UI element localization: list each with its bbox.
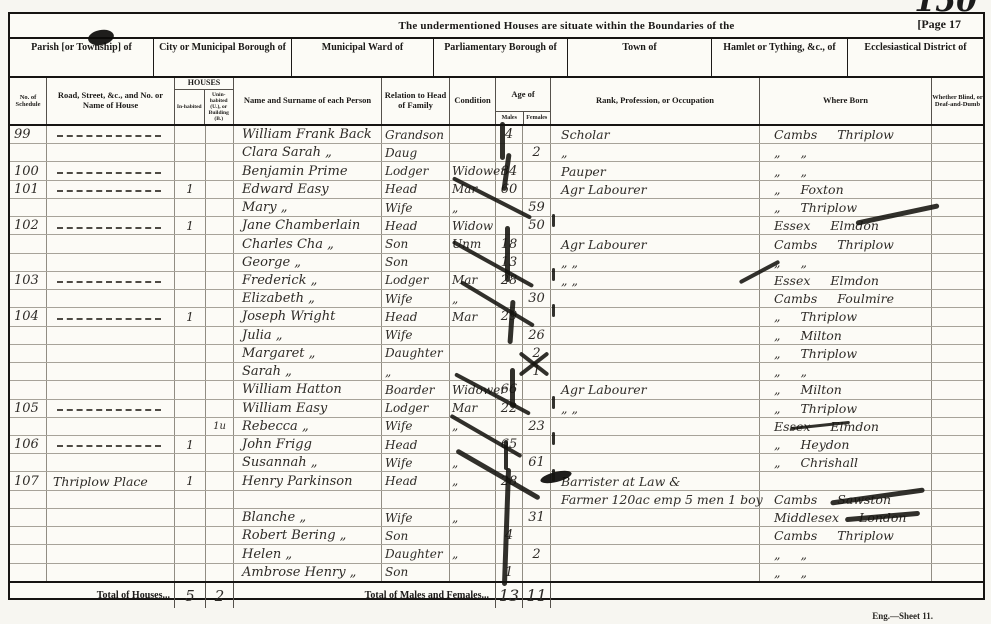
relation-to-head: Wife [382, 290, 450, 307]
inhabited-mark: 1 [175, 308, 206, 325]
schedule-number: 104 [10, 308, 47, 325]
occupation [551, 290, 760, 307]
person-name: Jane Chamberlain [234, 217, 382, 234]
table-row: Sarah „ „ 1 „ „ [10, 363, 983, 381]
header-parish: Parish [or Township] of [10, 39, 154, 76]
occupation [551, 199, 760, 216]
col-age-label: Age of [496, 78, 550, 111]
age-female [523, 381, 551, 398]
road-cell [47, 436, 175, 453]
person-name: Charles Cha „ [234, 235, 382, 252]
total-females: 11 [523, 583, 551, 608]
occupation: „ [551, 144, 760, 161]
infirmity [932, 491, 983, 508]
relation-to-head: „ [382, 363, 450, 380]
uninhabited-mark [206, 381, 234, 398]
person-name: Rebecca „ [234, 418, 382, 435]
person-name: Frederick „ [234, 272, 382, 289]
schedule-number: 100 [10, 162, 47, 179]
schedule-number: 99 [10, 126, 47, 143]
uninhabited-mark [206, 509, 234, 526]
uninhabited-mark [206, 491, 234, 508]
relation-to-head: Lodger [382, 272, 450, 289]
occupation [551, 564, 760, 581]
age-female: 30 [523, 290, 551, 307]
relation-to-head: Head [382, 436, 450, 453]
pen-stroke [504, 440, 508, 470]
inhabited-mark [175, 272, 206, 289]
total-houses-uninhabited: 2 [206, 583, 234, 608]
occupation [551, 545, 760, 562]
col-houses-group: HOUSES In-habited Unin-habited (U.), or … [175, 78, 234, 124]
infirmity [932, 272, 983, 289]
where-born: Cambs Thriplow [760, 527, 932, 544]
road-cell [47, 345, 175, 362]
uninhabited-mark [206, 527, 234, 544]
schedule-number [10, 144, 47, 161]
uninhabited-mark [206, 363, 234, 380]
inhabited-mark: 1 [175, 472, 206, 489]
location-header-row: Parish [or Township] of City or Municipa… [10, 39, 983, 78]
relation-to-head: Son [382, 527, 450, 544]
table-row: Blanche „ Wife „ 31 Middlesex London [10, 509, 983, 527]
where-born: „ Heydon [760, 436, 932, 453]
inhabited-mark [175, 509, 206, 526]
occupation [551, 436, 760, 453]
road-cell [47, 199, 175, 216]
table-row: 101 1 Edward Easy Head Mar 60 Agr Labour… [10, 181, 983, 199]
table-row: Susannah „ Wife „ 61 „ Chrishall [10, 454, 983, 472]
condition: Mar [450, 400, 496, 417]
inhabited-mark [175, 327, 206, 344]
uninhabited-mark [206, 345, 234, 362]
person-name [234, 491, 382, 508]
where-born: „ Milton [760, 327, 932, 344]
road-cell [47, 217, 175, 234]
infirmity [932, 345, 983, 362]
road-cell [47, 327, 175, 344]
condition: Mar [450, 308, 496, 325]
infirmity [932, 144, 983, 161]
total-males: 13 [496, 583, 523, 608]
person-name: Edward Easy [234, 181, 382, 198]
uninhabited-mark [206, 235, 234, 252]
inhabited-mark [175, 254, 206, 271]
infirmity [932, 199, 983, 216]
person-name: Benjamin Prime [234, 162, 382, 179]
condition: Widow [450, 217, 496, 234]
relation-to-head [382, 491, 450, 508]
inhabited-mark [175, 418, 206, 435]
age-male: 60 [496, 181, 523, 198]
relation-to-head: Boarder [382, 381, 450, 398]
road-cell [47, 418, 175, 435]
col-relation: Relation to Head of Family [382, 78, 450, 124]
where-born: „ „ [760, 254, 932, 271]
infirmity [932, 308, 983, 325]
col-occupation: Rank, Profession, or Occupation [551, 78, 760, 124]
where-born: Cambs Thriplow [760, 235, 932, 252]
ditto-dash [57, 190, 161, 192]
where-born: „ Thriplow [760, 400, 932, 417]
occupation [551, 363, 760, 380]
road-cell [47, 381, 175, 398]
road-cell [47, 363, 175, 380]
total-houses-inhabited: 5 [175, 583, 206, 608]
infirmity [932, 126, 983, 143]
age-female [523, 527, 551, 544]
inhabited-mark [175, 527, 206, 544]
uninhabited-mark [206, 144, 234, 161]
where-born: „ „ [760, 162, 932, 179]
where-born: „ „ [760, 144, 932, 161]
condition [450, 527, 496, 544]
relation-to-head: Lodger [382, 400, 450, 417]
infirmity [932, 400, 983, 417]
schedule-number [10, 345, 47, 362]
table-row: Clara Sarah „ Daug 2 „ „ „ [10, 144, 983, 162]
schedule-number [10, 418, 47, 435]
condition: „ [450, 545, 496, 562]
table-row: Julia „ Wife 26 „ Milton [10, 327, 983, 345]
total-houses-label: Total of Houses... [10, 583, 175, 608]
census-rows: 99 William Frank Back Grandson 4 Scholar… [10, 126, 983, 581]
col-road: Road, Street, &c., and No. or Name of Ho… [47, 78, 175, 124]
schedule-number: 101 [10, 181, 47, 198]
occupation: Farmer 120ac emp 5 men 1 boy [551, 491, 760, 508]
uninhabited-mark [206, 400, 234, 417]
age-female [523, 564, 551, 581]
uninhabited-mark [206, 545, 234, 562]
table-row: Ambrose Henry „ Son 1 „ „ [10, 564, 983, 581]
infirmity [932, 290, 983, 307]
inhabited-mark: 1 [175, 436, 206, 453]
age-female [523, 436, 551, 453]
schedule-number [10, 454, 47, 471]
inhabited-mark [175, 381, 206, 398]
condition [450, 126, 496, 143]
col-age-group: Age of Males Females [496, 78, 551, 124]
age-female [523, 181, 551, 198]
inhabited-mark [175, 199, 206, 216]
condition [450, 327, 496, 344]
schedule-number [10, 527, 47, 544]
pen-tick [552, 396, 555, 409]
infirmity [932, 545, 983, 562]
where-born: „ Thriplow [760, 345, 932, 362]
infirmity [932, 472, 983, 489]
occupation [551, 327, 760, 344]
road-cell [47, 272, 175, 289]
infirmity [932, 235, 983, 252]
road-cell [47, 235, 175, 252]
occupation: Scholar [551, 126, 760, 143]
pen-tick [552, 268, 555, 281]
col-schedule: No. of Schedule [10, 78, 47, 124]
where-born: „ Thriplow [760, 308, 932, 325]
age-female [523, 235, 551, 252]
person-name: Ambrose Henry „ [234, 564, 382, 581]
totals-row: Total of Houses... 5 2 Total of Males an… [10, 581, 983, 608]
infirmity [932, 254, 983, 271]
relation-to-head: Lodger [382, 162, 450, 179]
age-male [496, 418, 523, 435]
condition [450, 564, 496, 581]
inhabited-mark [175, 564, 206, 581]
age-female [523, 162, 551, 179]
uninhabited-mark [206, 126, 234, 143]
where-born [760, 472, 932, 489]
table-row: 104 1 Joseph Wright Head Mar 29 „ Thripl… [10, 308, 983, 326]
col-uninhabited: Unin-habited (U.), or Building (B.) [205, 90, 234, 124]
totals-empty-cell [551, 583, 983, 608]
person-name: Clara Sarah „ [234, 144, 382, 161]
table-row: 102 1 Jane Chamberlain Head Widow 50 Ess… [10, 217, 983, 235]
table-row: 105 William Easy Lodger Mar 22 „ „ „ Thr… [10, 400, 983, 418]
schedule-number [10, 254, 47, 271]
page-number-label: [Page 17 [917, 17, 961, 32]
occupation [551, 345, 760, 362]
uninhabited-mark [206, 254, 234, 271]
table-row: 1u Rebecca „ Wife „ 23 Essex Elmdon [10, 418, 983, 436]
road-cell [47, 308, 175, 325]
infirmity [932, 217, 983, 234]
condition [450, 491, 496, 508]
inhabited-mark [175, 126, 206, 143]
person-name: Mary „ [234, 199, 382, 216]
uninhabited-mark [206, 272, 234, 289]
inhabited-mark [175, 454, 206, 471]
person-name: Robert Bering „ [234, 527, 382, 544]
uninhabited-mark [206, 472, 234, 489]
person-name: William Frank Back [234, 126, 382, 143]
person-name: Helen „ [234, 545, 382, 562]
infirmity [932, 181, 983, 198]
relation-to-head: Head [382, 217, 450, 234]
person-name: Susannah „ [234, 454, 382, 471]
col-age-females: Females [524, 112, 551, 124]
condition [450, 144, 496, 161]
where-born: „ Foxton [760, 181, 932, 198]
person-name: William Easy [234, 400, 382, 417]
age-female: 31 [523, 509, 551, 526]
pen-tick [552, 304, 555, 317]
col-houses-label: HOUSES [175, 78, 233, 90]
road-cell [47, 126, 175, 143]
header-town: Town of [568, 39, 712, 76]
relation-to-head: Daug [382, 144, 450, 161]
uninhabited-mark [206, 162, 234, 179]
uninhabited-mark [206, 217, 234, 234]
uninhabited-mark [206, 199, 234, 216]
person-name: John Frigg [234, 436, 382, 453]
occupation: „ „ [551, 254, 760, 271]
schedule-number: 102 [10, 217, 47, 234]
inhabited-mark [175, 400, 206, 417]
inhabited-mark [175, 491, 206, 508]
sheet-label: Eng.—Sheet 11. [872, 611, 933, 621]
schedule-number [10, 363, 47, 380]
road-cell [47, 400, 175, 417]
condition: „ [450, 199, 496, 216]
ditto-dash [57, 172, 161, 174]
person-name: Elizabeth „ [234, 290, 382, 307]
pen-tick [552, 469, 555, 482]
relation-to-head: Grandson [382, 126, 450, 143]
schedule-number [10, 491, 47, 508]
header-hamlet: Hamlet or Tything, &c., of [712, 39, 848, 76]
person-name: Henry Parkinson [234, 472, 382, 489]
infirmity [932, 527, 983, 544]
occupation: Barrister at Law & [551, 472, 760, 489]
road-cell [47, 527, 175, 544]
where-born: „ „ [760, 564, 932, 581]
where-born: Essex Elmdon [760, 272, 932, 289]
col-infirmity: Whether Blind, or Deaf-and-Dumb [932, 78, 983, 124]
infirmity [932, 564, 983, 581]
ditto-dash [57, 318, 161, 320]
condition: „ [450, 509, 496, 526]
road-cell [47, 509, 175, 526]
relation-to-head: Wife [382, 199, 450, 216]
age-female: 2 [523, 144, 551, 161]
inhabited-mark: 1 [175, 217, 206, 234]
ditto-dash [57, 135, 161, 137]
table-row: 106 1 John Frigg Head 65 „ Heydon [10, 436, 983, 454]
table-row: Charles Cha „ Son Unm 18 Agr Labourer Ca… [10, 235, 983, 253]
occupation [551, 454, 760, 471]
occupation [551, 527, 760, 544]
road-name: Thriplow Place [53, 474, 148, 489]
occupation [551, 217, 760, 234]
inhabited-mark [175, 290, 206, 307]
road-cell [47, 181, 175, 198]
boundary-header: The undermentioned Houses are situate wi… [10, 14, 983, 39]
relation-to-head: Son [382, 235, 450, 252]
infirmity [932, 162, 983, 179]
table-row: Margaret „ Daughter 2 „ Thriplow [10, 345, 983, 363]
person-name: Joseph Wright [234, 308, 382, 325]
relation-to-head: Son [382, 564, 450, 581]
relation-to-head: Wife [382, 327, 450, 344]
road-cell [47, 564, 175, 581]
person-name: Blanche „ [234, 509, 382, 526]
uninhabited-mark [206, 290, 234, 307]
schedule-number: 103 [10, 272, 47, 289]
relation-to-head: Daughter [382, 345, 450, 362]
inhabited-mark [175, 144, 206, 161]
age-female: 23 [523, 418, 551, 435]
relation-to-head: Daughter [382, 545, 450, 562]
road-cell [47, 491, 175, 508]
occupation: „ „ [551, 272, 760, 289]
infirmity [932, 509, 983, 526]
pen-stroke [500, 122, 505, 160]
where-born: „ Milton [760, 381, 932, 398]
pen-tick [552, 432, 555, 445]
column-header-row: No. of Schedule Road, Street, &c., and N… [10, 78, 983, 126]
schedule-number [10, 235, 47, 252]
age-male [496, 545, 523, 562]
age-female: 50 [523, 217, 551, 234]
age-male: 1 [496, 564, 523, 581]
inhabited-mark: 1 [175, 181, 206, 198]
inhabited-mark [175, 545, 206, 562]
road-cell [47, 254, 175, 271]
header-municipal-ward: Municipal Ward of [292, 39, 434, 76]
where-born: „ Chrishall [760, 454, 932, 471]
person-name: William Hatton [234, 381, 382, 398]
col-condition: Condition [450, 78, 496, 124]
ditto-dash [57, 445, 161, 447]
condition [450, 345, 496, 362]
schedule-number [10, 545, 47, 562]
age-female [523, 126, 551, 143]
age-female: 26 [523, 327, 551, 344]
road-cell [47, 454, 175, 471]
uninhabited-mark [206, 181, 234, 198]
relation-to-head: Head [382, 472, 450, 489]
where-born: Cambs Thriplow [760, 126, 932, 143]
relation-to-head: Wife [382, 509, 450, 526]
schedule-number [10, 290, 47, 307]
occupation: Pauper [551, 162, 760, 179]
occupation: Agr Labourer [551, 381, 760, 398]
where-born: „ „ [760, 363, 932, 380]
road-cell [47, 144, 175, 161]
person-name: Sarah „ [234, 363, 382, 380]
uninhabited-mark [206, 327, 234, 344]
where-born: Cambs Foulmire [760, 290, 932, 307]
col-name: Name and Surname of each Person [234, 78, 382, 124]
infirmity [932, 436, 983, 453]
occupation [551, 308, 760, 325]
person-name: Julia „ [234, 327, 382, 344]
schedule-number: 105 [10, 400, 47, 417]
occupation [551, 509, 760, 526]
age-female [523, 254, 551, 271]
col-where-born: Where Born [760, 78, 932, 124]
table-row: Helen „ Daughter „ 2 „ „ [10, 545, 983, 563]
boundary-line-text: The undermentioned Houses are situate wi… [399, 20, 735, 32]
schedule-number [10, 509, 47, 526]
occupation [551, 418, 760, 435]
uninhabited-mark [206, 308, 234, 325]
age-male: 4 [496, 527, 523, 544]
occupation: „ „ [551, 400, 760, 417]
road-cell: Thriplow Place [47, 472, 175, 489]
pen-tick [552, 214, 555, 227]
schedule-number [10, 327, 47, 344]
ditto-dash [57, 281, 161, 283]
schedule-number [10, 381, 47, 398]
relation-to-head: Wife [382, 454, 450, 471]
road-cell [47, 290, 175, 307]
occupation: Agr Labourer [551, 181, 760, 198]
road-cell [47, 545, 175, 562]
table-row: 100 Benjamin Prime Lodger Widower 84 Pau… [10, 162, 983, 180]
age-female: 2 [523, 545, 551, 562]
road-cell [47, 162, 175, 179]
where-born: Essex Elmdon [760, 217, 932, 234]
header-ecclesiastical-district: Ecclesiastical District of [848, 39, 983, 76]
total-males-females-label: Total of Males and Females... [234, 583, 496, 608]
inhabited-mark [175, 363, 206, 380]
table-row: 103 Frederick „ Lodger Mar 28 „ „ Essex … [10, 272, 983, 290]
col-inhabited: In-habited [175, 90, 205, 124]
inhabited-mark [175, 345, 206, 362]
table-row: Robert Bering „ Son 4 Cambs Thriplow [10, 527, 983, 545]
